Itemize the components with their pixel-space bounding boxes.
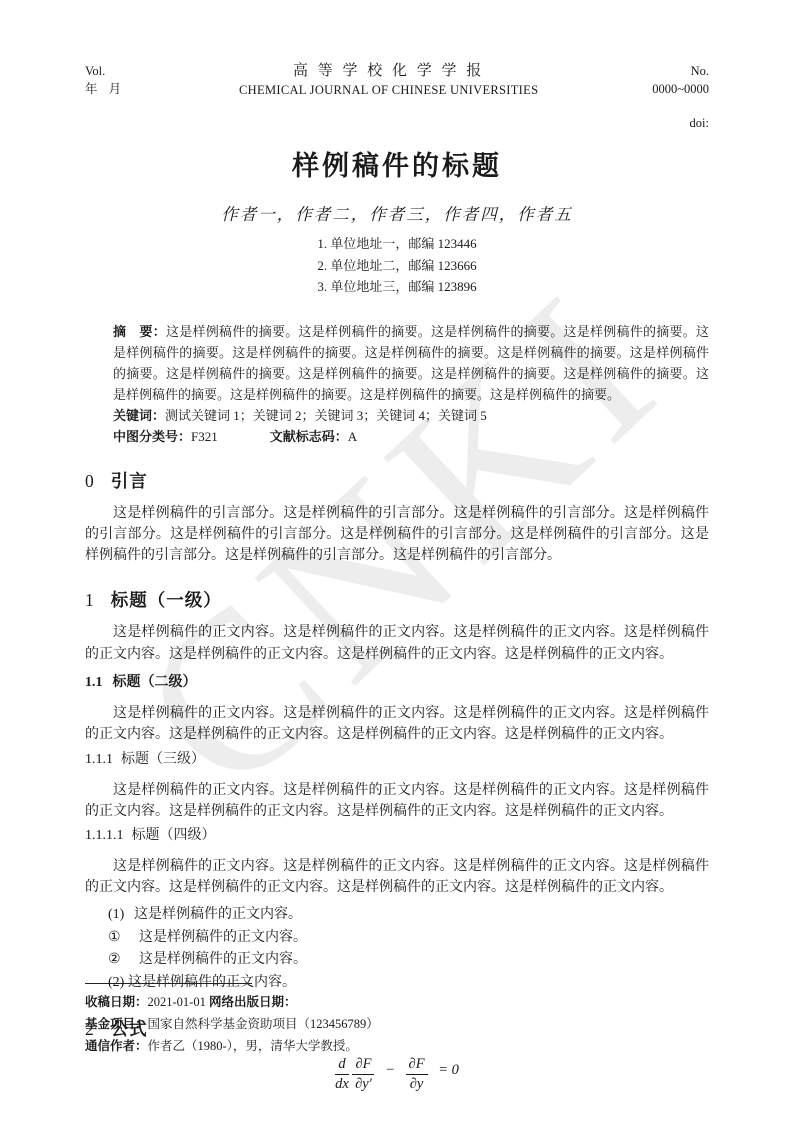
numbered-list: (1)这是样例稿件的正文内容。 ①这是样例稿件的正文内容。 ②这是样例稿件的正文… [85, 904, 709, 995]
keywords-line: 关键词：测试关键词 1；关键词 2；关键词 3；关键词 4；关键词 5 [113, 405, 709, 426]
affiliation-3: 3. 单位地址三，邮编 123896 [85, 276, 709, 298]
section-1-1-1-paragraph: 这是样例稿件的正文内容。这是样例稿件的正文内容。这是样例稿件的正文内容。这是样例… [85, 780, 709, 823]
list-item-2-marker: ① [108, 927, 139, 950]
affiliations-block: 1. 单位地址一，邮编 123446 2. 单位地址二，邮编 123666 3.… [85, 233, 709, 298]
header-center: 高 等 学 校 化 学 学 报 CHEMICAL JOURNAL OF CHIN… [239, 62, 538, 99]
corresponding-author-value: 作者乙（1980-），男，清华大学教授。 [148, 1039, 358, 1053]
corresponding-author-label: 通信作者： [85, 1039, 148, 1053]
received-date-line: 收稿日期：2021-01-01 网络出版日期： [85, 991, 709, 1013]
list-item-1-marker: (1) [108, 904, 134, 927]
section-0-number: 0 [85, 471, 94, 491]
fraction-denominator: dx [335, 1075, 349, 1093]
issue-number-label: No. [652, 62, 709, 80]
list-item-2-text: 这是样例稿件的正文内容。 [139, 930, 307, 945]
footnote-divider [85, 983, 252, 984]
received-date-label: 收稿日期： [85, 995, 148, 1009]
clc-value: F321 [191, 429, 218, 444]
received-date-value: 2021-01-01 [148, 995, 206, 1009]
keywords-label: 关键词： [113, 408, 165, 423]
page-range: 0000~0000 [652, 80, 709, 98]
list-item-3-text: 这是样例稿件的正文内容。 [139, 952, 307, 967]
online-date-label: 网络出版日期： [209, 995, 297, 1009]
section-1-1-title: 标题（二级） [113, 673, 197, 689]
journal-header: Vol. 年 月 高 等 学 校 化 学 学 报 CHEMICAL JOURNA… [85, 62, 709, 99]
clc-label: 中图分类号： [113, 429, 191, 444]
section-1-1-paragraph: 这是样例稿件的正文内容。这是样例稿件的正文内容。这是样例稿件的正文内容。这是样例… [85, 703, 709, 746]
fraction-d-dx: ddx [335, 1056, 349, 1092]
section-1-number: 1 [85, 590, 94, 610]
list-item-3-marker: ② [108, 949, 139, 972]
year-month-label: 年 月 [85, 80, 125, 98]
fund-line: 基金项目：国家自然科学基金资助项目（123456789） [85, 1013, 709, 1035]
document-page: CNKI Vol. 年 月 高 等 学 校 化 学 学 报 CHEMICAL J… [0, 0, 794, 1123]
abstract-label: 摘 要： [113, 324, 166, 339]
section-1-1-1-1-title: 标题（四级） [132, 828, 216, 843]
section-1-1-1-1-paragraph: 这是样例稿件的正文内容。这是样例稿件的正文内容。这是样例稿件的正文内容。这是样例… [85, 856, 709, 899]
affiliation-2: 2. 单位地址二，邮编 123666 [85, 255, 709, 277]
equation: ddx ∂F∂y′ − ∂F∂y = 0 [85, 1056, 709, 1092]
fraction-numerator: ∂F [406, 1056, 428, 1075]
equation-rhs: = 0 [438, 1062, 459, 1078]
footnote-block: 收稿日期：2021-01-01 网络出版日期： 基金项目：国家自然科学基金资助项… [85, 983, 709, 1057]
section-0-title: 引言 [111, 471, 148, 491]
fund-value: 国家自然科学基金资助项目（123456789） [148, 1017, 379, 1031]
affiliation-1: 1. 单位地址一，邮编 123446 [85, 233, 709, 255]
doc-code-value: A [348, 429, 357, 444]
keywords-text: 测试关键词 1；关键词 2；关键词 3；关键词 4；关键词 5 [165, 408, 487, 423]
list-item-1: (1)这是样例稿件的正文内容。 [85, 904, 709, 927]
section-1-1-number: 1.1 [85, 675, 103, 690]
fraction-numerator: ∂F [352, 1056, 374, 1075]
fraction-denominator: ∂y [406, 1075, 428, 1093]
journal-name-en: CHEMICAL JOURNAL OF CHINESE UNIVERSITIES [239, 81, 538, 99]
section-1-title: 标题（一级） [111, 590, 222, 610]
doi-label: doi: [85, 116, 709, 131]
section-0-heading: 0引言 [85, 470, 709, 492]
section-1-1-1-1-number: 1.1.1.1 [85, 828, 124, 843]
header-left: Vol. 年 月 [85, 62, 125, 98]
section-1-1-1-number: 1.1.1 [85, 752, 113, 767]
list-item-1-text: 这是样例稿件的正文内容。 [134, 907, 302, 922]
section-1-heading: 1标题（一级） [85, 589, 709, 611]
section-1-1-1-1-heading: 1.1.1.1标题（四级） [85, 825, 709, 847]
clc-line: 中图分类号：F321文献标志码：A [113, 426, 709, 447]
minus-operator: − [385, 1062, 395, 1078]
list-item-2: ①这是样例稿件的正文内容。 [85, 927, 709, 950]
journal-name-cn: 高 等 学 校 化 学 学 报 [239, 62, 538, 80]
fraction-numerator: d [335, 1056, 349, 1075]
header-right: No. 0000~0000 [652, 62, 709, 98]
abstract-paragraph: 摘 要：这是样例稿件的摘要。这是样例稿件的摘要。这是样例稿件的摘要。这是样例稿件… [113, 321, 709, 405]
section-0-paragraph: 这是样例稿件的引言部分。这是样例稿件的引言部分。这是样例稿件的引言部分。这是样例… [85, 503, 709, 567]
page-content: Vol. 年 月 高 等 学 校 化 学 学 报 CHEMICAL JOURNA… [0, 0, 794, 1092]
paper-title: 样例稿件的标题 [85, 144, 709, 183]
section-1-1-1-title: 标题（三级） [121, 752, 205, 767]
list-item-3: ②这是样例稿件的正文内容。 [85, 949, 709, 972]
corresponding-author-line: 通信作者：作者乙（1980-），男，清华大学教授。 [85, 1035, 709, 1057]
volume-label: Vol. [85, 62, 125, 80]
authors-line: 作者一，作者二，作者三，作者四，作者五 [85, 201, 709, 225]
fraction-dF-dyprime: ∂F∂y′ [352, 1056, 374, 1092]
fraction-denominator: ∂y′ [352, 1075, 374, 1093]
section-1-paragraph: 这是样例稿件的正文内容。这是样例稿件的正文内容。这是样例稿件的正文内容。这是样例… [85, 622, 709, 665]
abstract-text: 这是样例稿件的摘要。这是样例稿件的摘要。这是样例稿件的摘要。这是样例稿件的摘要。… [113, 324, 709, 402]
fund-label: 基金项目： [85, 1017, 148, 1031]
doc-code-label: 文献标志码： [270, 429, 348, 444]
fraction-dF-dy: ∂F∂y [406, 1056, 428, 1092]
section-1-1-1-heading: 1.1.1标题（三级） [85, 749, 709, 771]
section-1-1-heading: 1.1标题（二级） [85, 670, 709, 694]
